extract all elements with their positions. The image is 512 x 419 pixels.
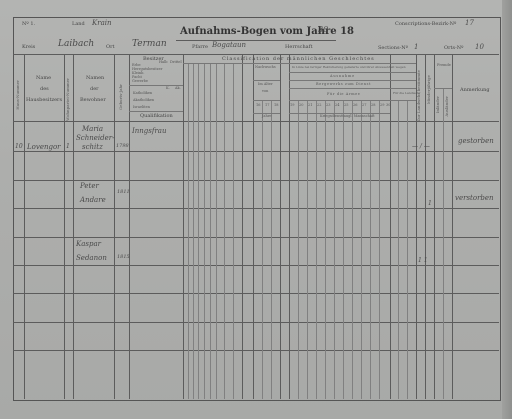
row-line: [13, 151, 499, 152]
besitzer-col: Drittel: [170, 61, 182, 65]
title-underline: [176, 40, 336, 41]
army-age-29: 29: [380, 104, 384, 108]
row1-marks: — / —: [412, 144, 430, 150]
conscription-label: Conscriptions-Bezirk-Nº: [395, 22, 456, 27]
row1-hausbesitzer: Lovengor: [27, 144, 61, 151]
religion-row: Israeliten: [133, 106, 150, 110]
header-geburtsjahr: Geburts-Jahr: [119, 84, 123, 110]
subcol-line: [325, 101, 326, 399]
row3-bewohner-1: Peter: [80, 183, 99, 190]
besitzer-row: Gewerbe: [132, 80, 148, 84]
besitzer-col: Halb: [159, 61, 168, 65]
row3-anmerkung: verstorben: [455, 195, 494, 202]
year-value: 30: [318, 26, 328, 34]
orts-value: 10: [475, 44, 484, 51]
subcol-line: [233, 63, 234, 399]
row1-bewohner-2: Schneider-: [76, 135, 114, 142]
subcol-line: [379, 101, 380, 399]
subcol-line: [204, 63, 205, 399]
army-age-24: 24: [335, 104, 339, 108]
header-namen: Namen: [86, 76, 104, 81]
col-line: [253, 54, 254, 399]
orts-label: Orts-Nº: [444, 46, 463, 51]
header-fremde: Fremde: [437, 64, 451, 68]
table-top-border: [13, 54, 499, 55]
header-classification: Classification der männlichen Geschlecht…: [222, 57, 375, 62]
army-age-21: 21: [308, 104, 312, 108]
subcol-line: [307, 101, 308, 399]
col-line: [242, 54, 243, 399]
row1-haus-nummer: 10: [15, 144, 23, 150]
kreis-value: Laibach: [58, 40, 94, 49]
col-line: [425, 54, 426, 399]
religion-row: Katholiken: [133, 92, 152, 96]
header-subline: [434, 88, 452, 89]
header-subline: [289, 80, 416, 81]
col-line: [129, 54, 130, 399]
row-line: [13, 237, 499, 238]
subcol-line: [262, 101, 263, 399]
subcol-line: [224, 63, 225, 399]
army-age-22: 22: [317, 104, 321, 108]
subcol-line: [334, 101, 335, 399]
census-form-page: Nº 1. Land Krain Aufnahms-Bogen vom Jahr…: [0, 0, 512, 419]
religion-col: K.: [166, 87, 170, 91]
subcol-line: [298, 101, 299, 399]
row-line: [13, 350, 499, 351]
header-im-alter: Im Alter: [258, 83, 273, 87]
header-hausbesitzers: Hausbesitzers: [26, 98, 62, 103]
header-fuer-armee: Für die Armee: [327, 93, 360, 97]
header-bewohner: Bewohner: [80, 98, 106, 103]
header-haus-nummer: Haus-Nummer: [16, 80, 20, 110]
row-line: [13, 208, 499, 209]
header-qualification: Qualifikation: [140, 114, 173, 119]
subcol-line: [361, 101, 362, 399]
army-age-30: 30: [386, 104, 390, 108]
header-wohnpartei: Wohnpartei-Nummer: [66, 78, 70, 121]
row1-anmerkung: gestorben: [458, 138, 494, 145]
row1-geburtsjahr: 1798: [116, 144, 129, 149]
conscription-value: 17: [465, 20, 474, 27]
col-line: [73, 54, 74, 399]
row3-bewohner-2: Andare: [80, 197, 106, 204]
land-label: Land: [72, 22, 85, 27]
sections-label: Sections-Nº: [378, 46, 408, 51]
army-age-23: 23: [326, 104, 330, 108]
header-subline: [289, 88, 416, 89]
subcol-line: [407, 101, 408, 399]
row1-wohnpartei: 1: [66, 144, 70, 150]
subcol-line: [443, 88, 444, 399]
row1-qualification: Inngsfrau: [132, 128, 166, 135]
religion-col: Ak.: [175, 87, 181, 91]
header-minderjaehrige: Minderjährige: [427, 75, 431, 104]
kreis-label: Kreis: [22, 45, 35, 50]
subcol-line: [198, 63, 199, 399]
ort-value: Terman: [132, 40, 167, 49]
row1-bewohner-1: Maria: [82, 126, 103, 133]
row3-geburtsjahr: 1811: [117, 190, 130, 195]
row5-marks: 1 1: [418, 258, 428, 264]
subcol-line: [370, 101, 371, 399]
row1-bewohner-3: schitz: [82, 144, 103, 151]
pfarre-value: Bogataun: [212, 42, 246, 49]
army-age-27: 27: [362, 104, 366, 108]
row-line: [13, 322, 499, 323]
header-subline: [253, 100, 280, 101]
pfarre-label: Pfarre: [192, 45, 208, 50]
subcol-line: [188, 63, 189, 399]
subcol-line: [352, 101, 353, 399]
army-age-26: 26: [353, 104, 357, 108]
header-in-linie: In Linie bei fertiger Rekrutierung gelie…: [292, 66, 406, 69]
row-line: [13, 265, 499, 266]
header-inlaender: Inländer: [436, 96, 440, 113]
subcol-line: [210, 63, 211, 399]
form-number: Nº 1.: [22, 22, 35, 27]
religion-row: Akatholiken: [133, 99, 154, 103]
subcol-line: [398, 101, 399, 399]
header-jahre: Jahre: [262, 115, 272, 119]
sections-value: 1: [414, 44, 418, 51]
ort-label: Ort: [106, 45, 115, 50]
row-line: [13, 293, 499, 294]
header-von: von: [262, 90, 268, 94]
header-tauglich: Kriegsdiensttaugl. Mannschaft: [320, 115, 375, 119]
subcol-line: [271, 101, 272, 399]
header-landwehr-bestimmte: Zur Landwehr bestimmte: [417, 70, 421, 122]
subcol-line: [343, 101, 344, 399]
row5-bewohner-1: Kaspar: [76, 241, 101, 248]
row5-bewohner-2: Sedanon: [76, 255, 107, 262]
col-line: [280, 54, 281, 399]
subcol-line: [316, 101, 317, 399]
army-age-28: 28: [371, 104, 375, 108]
col-line: [452, 54, 453, 399]
subcol-line: [216, 63, 217, 399]
row3-marks: 1: [428, 201, 432, 207]
row-line: [13, 180, 499, 181]
header-nachwuchs: Nachwuchs: [255, 66, 276, 70]
header-subline: [289, 72, 416, 73]
army-age-20: 20: [299, 104, 303, 108]
header-subline: [289, 100, 416, 101]
subcol-line: [193, 63, 194, 399]
army-age-19: 19: [290, 104, 294, 108]
age-18: 18: [274, 104, 278, 108]
header-der: der: [90, 87, 99, 92]
header-auslaender: Ausländer: [445, 96, 449, 117]
header-ausnahme: Ausnahme: [330, 75, 355, 79]
header-name: Name: [36, 76, 51, 81]
army-age-25: 25: [344, 104, 348, 108]
header-anmerkung: Anmerkung: [460, 88, 490, 93]
col-line: [24, 54, 25, 399]
herrschaft-label: Herrschaft: [285, 45, 313, 50]
header-subline: [183, 63, 416, 64]
age-16: 16: [256, 104, 260, 108]
header-bottom-border: [13, 121, 499, 122]
row5-geburtsjahr: 1815: [117, 255, 130, 260]
col-line: [183, 54, 184, 399]
col-line: [114, 54, 115, 399]
header-subline: [253, 80, 280, 81]
header-des: des: [40, 87, 49, 92]
besitzer-subline: [129, 111, 183, 112]
land-value: Krain: [92, 20, 112, 27]
page-edge-shadow: [502, 0, 512, 419]
age-17: 17: [265, 104, 269, 108]
header-bergwerks: Bergewerks zum Dienst: [316, 83, 371, 87]
